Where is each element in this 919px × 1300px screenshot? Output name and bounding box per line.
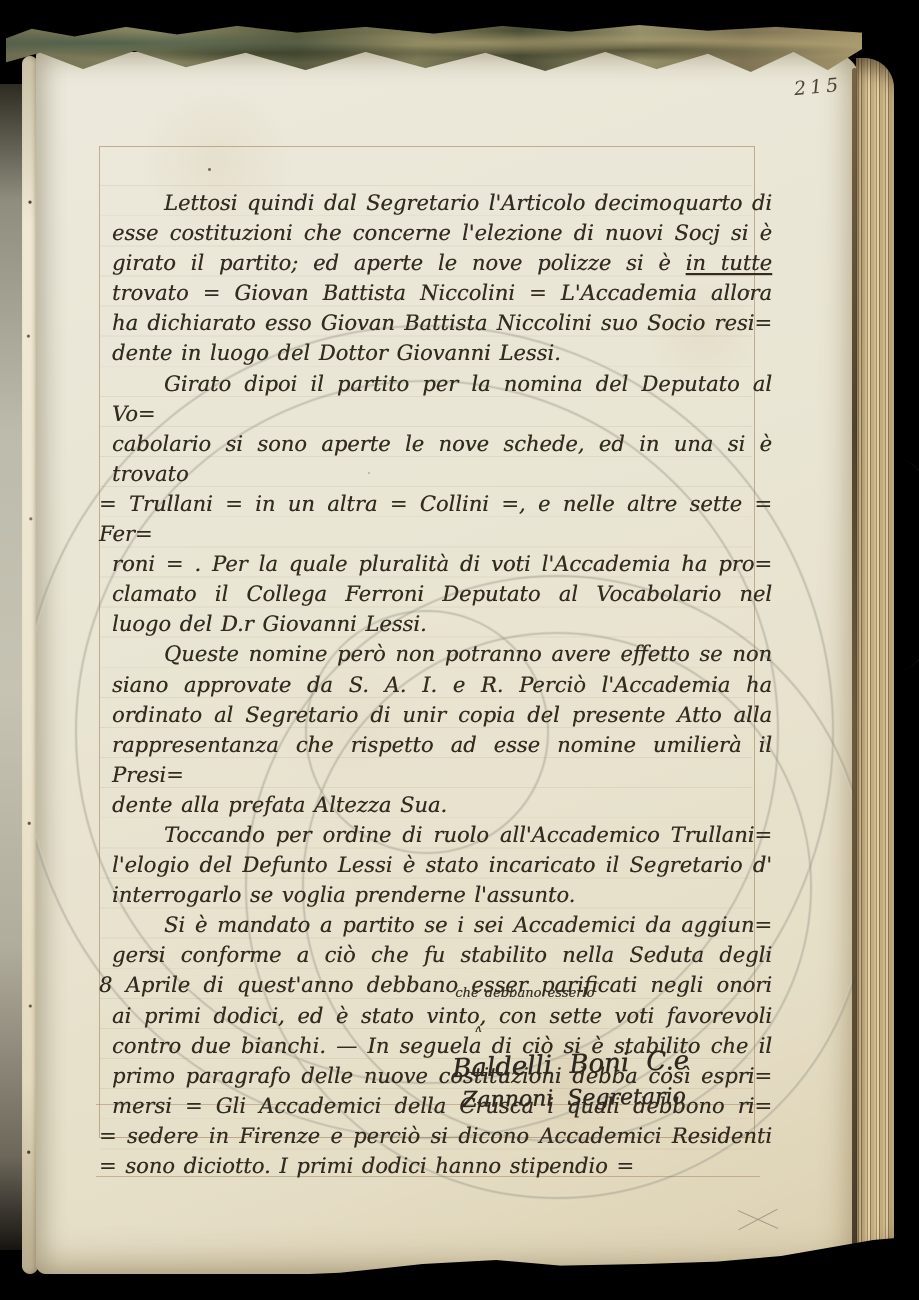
ink-speck xyxy=(208,168,211,171)
signature-block: Baldelli Boni C.e Zannoni Segretario xyxy=(434,1048,794,1110)
manuscript-line: ha dichiarato esso Giovan Battista Nicco… xyxy=(112,308,772,338)
manuscript-line: ai primi dodici, ed è stato vinto, con s… xyxy=(112,1001,772,1031)
manuscript-line: = sedere in Firenze e perciò si dicono A… xyxy=(99,1121,772,1151)
manuscript-line: = Trullani = in un altra = Collini =, e … xyxy=(99,489,772,549)
manuscript-line: dente alla prefata Altezza Sua. xyxy=(112,790,772,820)
photographed-book: 215 Lettosi quindi dal Segretario l'Arti… xyxy=(0,0,919,1300)
signature-arciconsolo: Baldelli Boni C.e xyxy=(452,1042,795,1084)
manuscript-line: Queste nomine però non potranno avere ef… xyxy=(112,639,772,669)
manuscript-line: clamato il Collega Ferroni Deputato al V… xyxy=(112,579,772,609)
manuscript-line: Girato dipoi il partito per la nomina de… xyxy=(112,369,772,429)
foxing-spot xyxy=(368,472,370,474)
manuscript-line: Toccando per ordine di ruolo all'Accadem… xyxy=(112,820,772,850)
interlinear-insertion: che debbano esserlo xyxy=(455,987,594,1000)
manuscript-text-block: Lettosi quindi dal Segretario l'Articolo… xyxy=(112,188,772,1181)
page-edges-stack xyxy=(856,58,894,1270)
manuscript-line: cabolario si sono aperte le nove schede,… xyxy=(112,429,772,489)
manuscript-line: girato il partito; ed aperte le nove pol… xyxy=(112,248,772,278)
manuscript-line: Lettosi quindi dal Segretario l'Articolo… xyxy=(112,188,772,218)
manuscript-line: roni = . Per la quale pluralità di voti … xyxy=(112,549,772,579)
signature-secretary: Zannoni Segretario xyxy=(462,1082,794,1113)
manuscript-line: l'elogio del Defunto Lessi è stato incar… xyxy=(112,850,772,880)
manuscript-line: rappresentanza che rispetto ad esse nomi… xyxy=(112,730,772,790)
manuscript-page: 215 Lettosi quindi dal Segretario l'Arti… xyxy=(36,52,860,1274)
ink-speck xyxy=(748,290,750,292)
foxing-spot xyxy=(596,982,599,984)
manuscript-line: ordinato al Segretario di unir copia del… xyxy=(112,700,772,730)
manuscript-line: dente in luogo del Dottor Giovanni Lessi… xyxy=(112,338,772,368)
manuscript-line: Si è mandato a partito se i sei Accademi… xyxy=(112,910,772,940)
manuscript-line: 8 Aprile di quest'anno debbano esser par… xyxy=(99,970,772,1000)
manuscript-line: gersi conforme a ciò che fu stabilito ne… xyxy=(112,940,772,970)
manuscript-line: esse costituzioni che concerne l'elezion… xyxy=(112,218,772,248)
page-tear-line xyxy=(852,68,857,1260)
pencil-mark xyxy=(736,1204,780,1236)
manuscript-line: trovato = Giovan Battista Niccolini = L'… xyxy=(112,278,772,308)
manuscript-line: = sono diciotto. I primi dodici hanno st… xyxy=(99,1151,772,1181)
folio-number: 215 xyxy=(793,74,843,100)
manuscript-line: siano approvate da S. A. I. e R. Perciò … xyxy=(112,670,772,700)
manuscript-line: interrogarlo se voglia prenderne l'assun… xyxy=(112,880,772,910)
manuscript-line: luogo del D.r Giovanni Lessi. xyxy=(112,609,772,639)
